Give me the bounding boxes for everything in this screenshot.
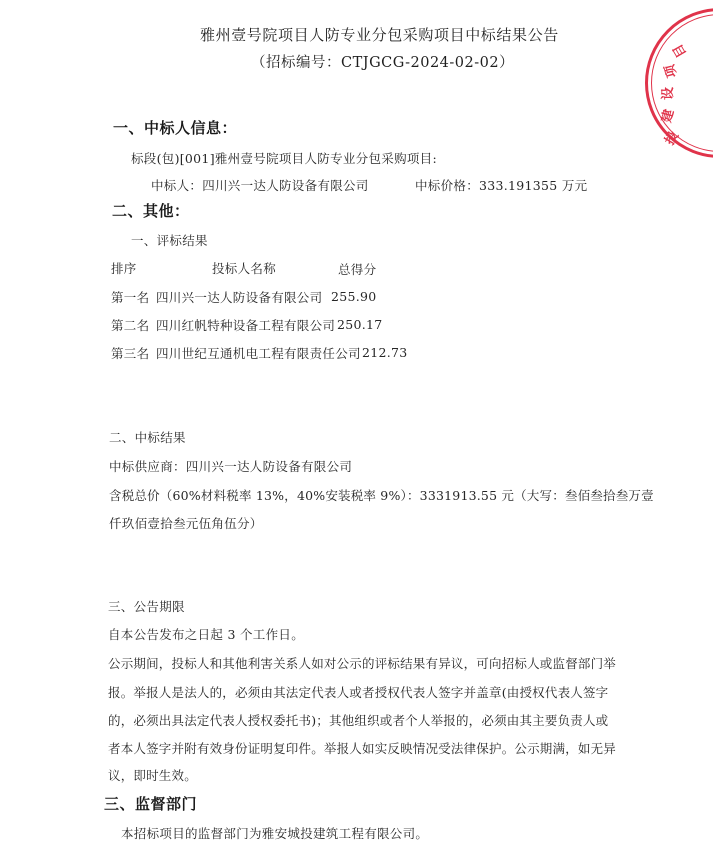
total-price-line-1: 含税总价（60%材料税率 13%，40%安装税率 9%）：3331913.55 … bbox=[109, 486, 654, 504]
column-header-rank: 排序 bbox=[111, 259, 137, 277]
section-heading-winner-info: 一、中标人信息： bbox=[113, 117, 237, 138]
row-bidder-name: 四川兴一达人防设备有限公司 bbox=[156, 288, 322, 306]
section-heading-supervision: 三、监督部门 bbox=[104, 793, 197, 814]
subsection-heading-evaluation: 一、评标结果 bbox=[131, 231, 208, 249]
document-subtitle: （招标编号：CTJGCG-2024-02-02） bbox=[251, 51, 514, 72]
row-rank: 第三名 bbox=[111, 344, 149, 362]
row-rank: 第一名 bbox=[111, 288, 149, 306]
announcement-page: 投 建 设 项 目 雅州壹号院项目人防专业分包采购项目中标结果公告 （招标编号：… bbox=[0, 0, 713, 849]
subsection-heading-period: 三、公告期限 bbox=[108, 597, 185, 615]
row-score: 250.17 bbox=[337, 317, 383, 332]
supervision-department: 本招标项目的监督部门为雅安城投建筑工程有限公司。 bbox=[121, 824, 428, 842]
winner-name: 中标人：四川兴一达人防设备有限公司 bbox=[151, 176, 369, 194]
column-header-score: 总得分 bbox=[338, 260, 376, 278]
column-header-bidder: 投标人名称 bbox=[212, 259, 276, 277]
section-heading-other: 二、其他： bbox=[112, 200, 190, 221]
lot-description: 标段(包)[001]雅州壹号院项目人防专业分包采购项目: bbox=[131, 149, 437, 167]
row-rank: 第二名 bbox=[111, 316, 149, 334]
objection-text-line: 者本人签字并附有效身份证明复印件。举报人如实反映情况受法律保护。公示期满，如无异 bbox=[108, 739, 616, 757]
announcement-period: 自本公告发布之日起 3 个工作日。 bbox=[108, 625, 304, 643]
row-score: 212.73 bbox=[362, 345, 408, 360]
official-stamp-inner-ring bbox=[651, 14, 713, 152]
objection-text-line: 的，必须出具法定代表人授权委托书)；其他组织或者个人举报的，必须由其主要负责人或 bbox=[108, 711, 608, 729]
stamp-char: 设 bbox=[657, 87, 676, 100]
objection-text-line: 议，即时生效。 bbox=[108, 766, 197, 784]
row-bidder-name: 四川红帆特种设备工程有限公司 bbox=[156, 316, 335, 334]
objection-text-line: 公示期间，投标人和其他利害关系人如对公示的评标结果有异议，可向招标人或监督部门举 bbox=[108, 654, 616, 672]
winning-supplier: 中标供应商：四川兴一达人防设备有限公司 bbox=[109, 457, 352, 475]
winning-price: 中标价格：333.191355 万元 bbox=[415, 176, 587, 194]
total-price-line-2: 仟玖佰壹拾叁元伍角伍分） bbox=[109, 514, 263, 532]
row-bidder-name: 四川世纪互通机电工程有限责任公司 bbox=[156, 344, 361, 362]
subsection-heading-award: 二、中标结果 bbox=[109, 428, 186, 446]
document-title: 雅州壹号院项目人防专业分包采购项目中标结果公告 bbox=[200, 24, 559, 45]
row-score: 255.90 bbox=[331, 289, 377, 304]
objection-text-line: 报。举报人是法人的，必须由其法定代表人或者授权代表人签字并盖章(由授权代表人签字 bbox=[108, 683, 608, 701]
